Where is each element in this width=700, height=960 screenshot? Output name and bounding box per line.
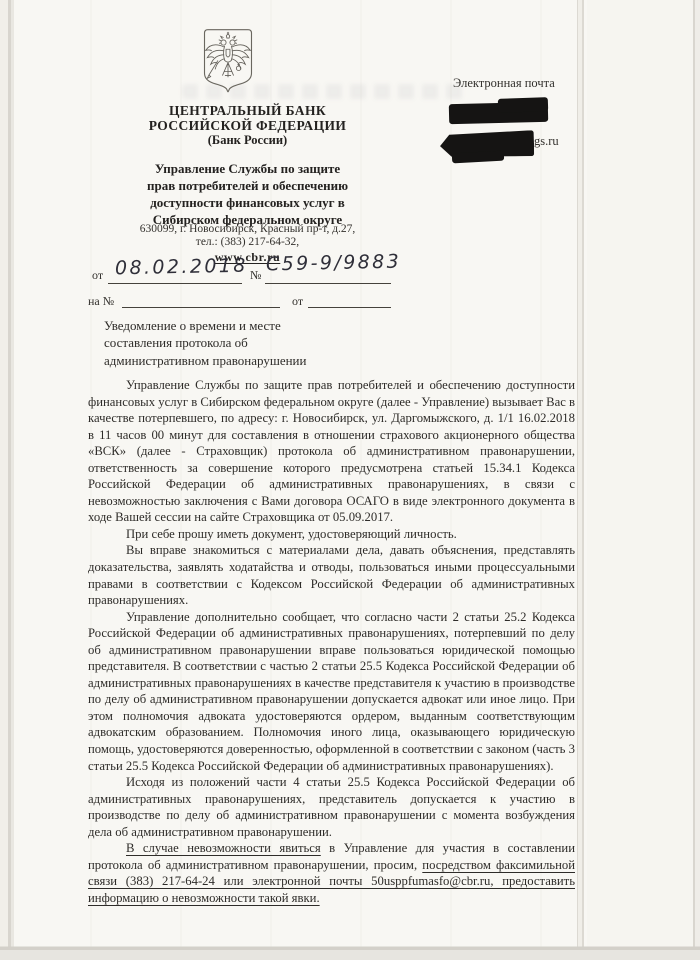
department-line: Управление Службы по защите — [85, 160, 410, 177]
subject-line: административном правонарушении — [104, 352, 364, 369]
redaction-bar — [452, 151, 504, 164]
bank-of-russia-eagle-emblem — [202, 28, 254, 94]
page-fold-line — [577, 0, 587, 960]
email-visible-fragment: gs.ru — [534, 134, 559, 149]
handwritten-date: 08.02.2018 — [115, 255, 248, 280]
department-line: прав потребителей и обеспечению — [85, 177, 410, 194]
reply-date-line — [308, 291, 391, 308]
scanned-letter-page: ЦЕНТРАЛЬНЫЙ БАНК РОССИЙСКОЙ ФЕДЕРАЦИИ (Б… — [0, 0, 700, 960]
letter-body: Управление Службы по защите прав потреби… — [88, 377, 575, 907]
department-name: Управление Службы по защите прав потреби… — [85, 160, 410, 228]
subject-line: Уведомление о времени и месте — [104, 317, 364, 334]
letter-content: ЦЕНТРАЛЬНЫЙ БАНК РОССИЙСКОЙ ФЕДЕРАЦИИ (Б… — [0, 0, 700, 960]
org-address: 630099, г. Новосибирск, Красный пр-т, д.… — [85, 223, 410, 249]
scan-right-edge — [693, 0, 700, 960]
address-line: 630099, г. Новосибирск, Красный пр-т, д.… — [85, 223, 410, 236]
letter-paragraph: При себе прошу иметь документ, удостовер… — [88, 526, 575, 543]
bank-name-line: ЦЕНТРАЛЬНЫЙ БАНК — [85, 103, 410, 118]
ref-number-label: № — [250, 268, 261, 283]
scan-bottom-edge — [0, 942, 700, 960]
bank-name: ЦЕНТРАЛЬНЫЙ БАНК РОССИЙСКОЙ ФЕДЕРАЦИИ — [85, 103, 410, 133]
redaction-bar — [498, 97, 548, 113]
letter-paragraph: Управление дополнительно сообщает, что с… — [88, 609, 575, 774]
bank-name-paren: (Банк России) — [85, 133, 410, 148]
subject-line: составления протокола об — [104, 334, 364, 351]
letter-paragraph: Исходя из положений части 4 статьи 25.5 … — [88, 774, 575, 840]
underlined-phrase: В случае невозможности явиться — [126, 841, 321, 855]
letter-subject: Уведомление о времени и месте составлени… — [104, 317, 364, 369]
reply-from-label: от — [292, 294, 303, 309]
ref-from-label: от — [92, 268, 103, 283]
reply-number-line — [122, 291, 280, 308]
handwritten-outgoing-number: С59-9/9883 — [266, 251, 402, 276]
reply-number-label: на № — [88, 294, 114, 309]
address-line: тел.: (383) 217-64-32, — [85, 236, 410, 249]
email-label: Электронная почта — [453, 76, 555, 91]
bank-name-line: РОССИЙСКОЙ ФЕДЕРАЦИИ — [85, 118, 410, 133]
letter-paragraph: Вы вправе знакомиться с материалами дела… — [88, 542, 575, 608]
letter-paragraph: В случае невозможности явиться в Управле… — [88, 840, 575, 906]
letter-paragraph: Управление Службы по защите прав потреби… — [88, 377, 575, 526]
scan-left-edge — [0, 0, 17, 960]
department-line: доступности финансовых услуг в — [85, 194, 410, 211]
